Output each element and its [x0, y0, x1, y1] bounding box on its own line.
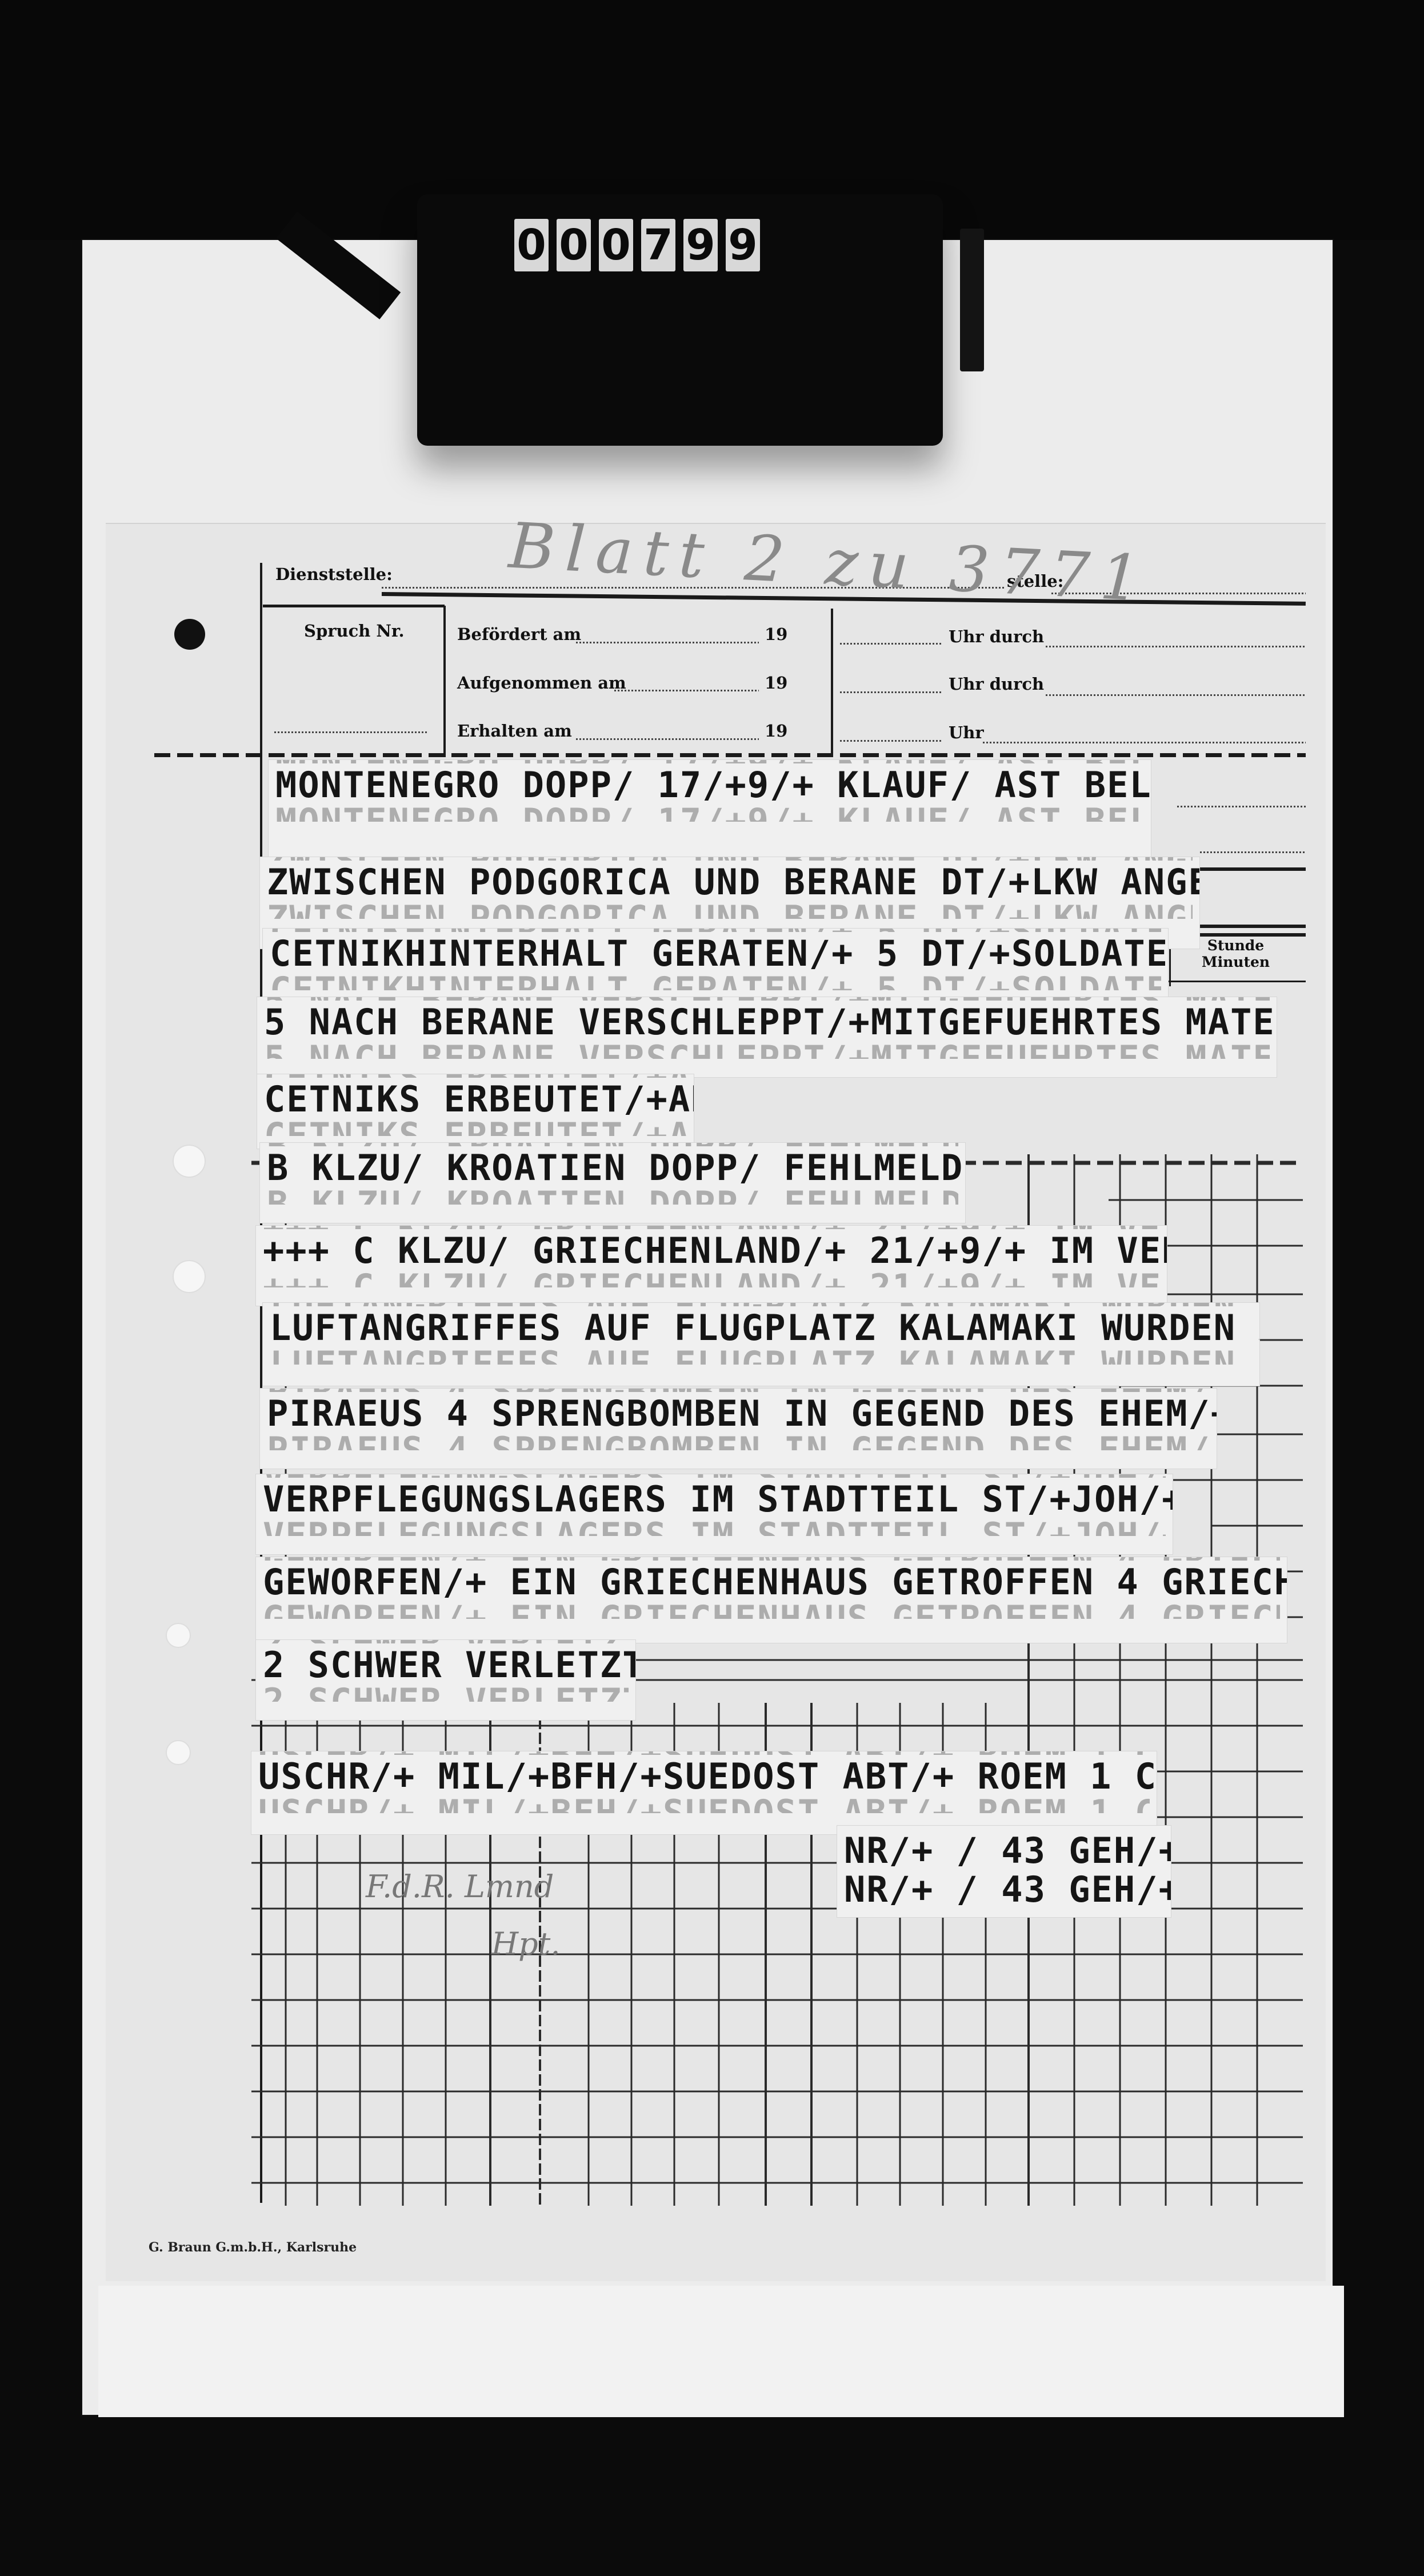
spruch-box-top — [263, 605, 445, 607]
strip-text: LUFTANGRIFFES AUF FLUGPLATZ KALAMAKI WUR… — [270, 1307, 1259, 1349]
strip-ghost-text: USCHR/+ MIL/+BFH/+SUEDOST ABT/+ ROEM 1 C… — [258, 1796, 1150, 1813]
spruch-nr-label: Spruch Nr. — [304, 621, 405, 641]
strip-text: GEWORFEN/+ EIN GRIECHENHAUS GETROFFEN 4 … — [263, 1561, 1287, 1603]
strip-ghost-text: 5 NACH BERANE VERSCHLEPPT/+MITGEFUEHRTES… — [264, 997, 1270, 1001]
spruch-box-right — [443, 606, 446, 757]
strip-ghost-text: GEWORFEN/+ EIN GRIECHENHAUS GETROFFEN 4 … — [263, 1602, 1280, 1619]
aufgenommen-durch-field — [1046, 694, 1306, 696]
time-column-divider — [831, 609, 833, 757]
strip-ghost-text: ZWISCHEN PODGORICA UND BERANE DT/+LKW AN… — [267, 902, 1193, 919]
message-strip: 5 NACH BERANE VERSCHLEPPT/+MITGEFUEHRTES… — [257, 997, 1277, 1077]
counter-digit: 9 — [683, 219, 718, 271]
counter-digit: 0 — [557, 219, 591, 271]
counter-digit: 7 — [641, 219, 675, 271]
message-strip: USCHR/+ MIL/+BFH/+SUEDOST ABT/+ ROEM 1 C… — [251, 1751, 1157, 1834]
strip-text: VERPFLEGUNGSLAGERS IM STADTTEIL ST/+JOH/… — [263, 1478, 1173, 1520]
strip-ghost-text: USCHR/+ MIL/+BFH/+SUEDOST ABT/+ ROEM 1 C… — [258, 1751, 1150, 1755]
signature-line-1: F.d.R. Lmnd — [366, 1869, 554, 1905]
printer-imprint: G. Braun G.m.b.H., Karlsruhe — [149, 2240, 357, 2255]
signature-line-2: Hpt. — [491, 1926, 561, 1962]
backing-sheet-bottom — [98, 2286, 1344, 2417]
befoerdert-time-field — [840, 643, 943, 645]
aufgenommen-field — [614, 690, 759, 691]
side-rule — [1197, 867, 1306, 871]
counter-digits: 0 0 0 7 9 9 — [514, 219, 760, 276]
punch-hole — [173, 1145, 206, 1178]
strip-ghost-text: MONTENEGRO DOPP/ 17/+9/+ KLAUF/ AST BELG… — [275, 760, 1144, 763]
befoerdert-uhr-label: Uhr durch — [949, 627, 1044, 646]
strip-ghost-text: +++ C KLZU/ GRIECHENLAND/+ 21/+9/+ IM VE… — [263, 1270, 1160, 1287]
strip-text: 2 SCHWER VERLETZT/+ — [263, 1644, 635, 1686]
erhalten-uhr-label: Uhr — [949, 723, 984, 742]
strip-ghost-text: B KLZU/ KROATIEN DOPP/ FEHLMELDUNG/+ — [267, 1187, 958, 1205]
strip-text: CETNIKHINTERHALT GERATEN/+ 5 DT/+SOLDATE… — [270, 933, 1168, 974]
side-dotted-rule — [1200, 851, 1306, 853]
message-strip: GEWORFEN/+ EIN GRIECHENHAUS GETROFFEN 4 … — [256, 1557, 1287, 1643]
strip-ghost-text: CETNIKHINTERHALT GERATEN/+ 5 DT/+SOLDATE… — [270, 929, 1161, 932]
befoerdert-durch-field — [1046, 646, 1306, 647]
minuten-label: Minuten — [1163, 954, 1309, 970]
strip-ghost-text: ZWISCHEN PODGORICA UND BERANE DT/+LKW AN… — [267, 857, 1193, 861]
counter-knob — [960, 229, 984, 371]
message-strip: CETNIKHINTERHALT GERATEN/+ 5 DT/+SOLDATE… — [263, 929, 1168, 1006]
punch-hole — [174, 619, 205, 650]
strip-ghost-text: PIRAEUS 4 SPRENGBOMBEN IN GEGEND DES EHE… — [267, 1433, 1210, 1450]
strip-text: MONTENEGRO DOPP/ 17/+9/+ KLAUF/ AST BELG… — [275, 764, 1151, 806]
punch-hole — [166, 1740, 191, 1765]
strip-ghost-text: MONTENEGRO DOPP/ 17/+9/+ KLAUF/ AST BELG… — [275, 805, 1144, 822]
aufgenommen-label: Aufgenommen am — [457, 673, 626, 693]
aufgenommen-uhr-label: Uhr durch — [949, 674, 1044, 694]
strip-ghost-text: +++ C KLZU/ GRIECHENLAND/+ 21/+9/+ IM VE… — [263, 1226, 1160, 1229]
strip-ghost-text: 5 NACH BERANE VERSCHLEPPT/+MITGEFUEHRTES… — [264, 1042, 1270, 1059]
erhalten-label: Erhalten am — [457, 721, 572, 741]
counter-digit: 0 — [599, 219, 633, 271]
counter-digit: 9 — [726, 219, 760, 271]
counter-digit: 0 — [514, 219, 549, 271]
message-strip: CETNIKS ERBEUTET/+ABS/ CETNIKS ERBEUTET/… — [257, 1074, 694, 1149]
strip-ghost-text: 2 SCHWER VERLETZT/+ — [263, 1640, 629, 1643]
erhalten-time-field — [840, 740, 943, 742]
befoerdert-field — [576, 642, 759, 643]
strip-ghost-text: GEWORFEN/+ EIN GRIECHENHAUS GETROFFEN 4 … — [263, 1557, 1280, 1561]
strip-ghost-text: CETNIKHINTERHALT GERATEN/+ 5 DT/+SOLDATE… — [270, 973, 1161, 990]
strip-ghost-text: VERPFLEGUNGSLAGERS IM STADTTEIL ST/+JOH/… — [263, 1519, 1166, 1536]
erhalten-uhr-field — [983, 742, 1306, 743]
message-strip: NR/+ / 43 GEH/++ NR/+ / 43 GEH/++ — [837, 1826, 1171, 1917]
strip-text: NR/+ / 43 GEH/++ — [844, 1830, 1171, 1871]
message-strip: B KLZU/ KROATIEN DOPP/ FEHLMELDUNG/+ B K… — [260, 1143, 965, 1223]
message-strip: MONTENEGRO DOPP/ 17/+9/+ KLAUF/ AST BELG… — [269, 760, 1151, 860]
strip-ghost-text: LUFTANGRIFFES AUF FLUGPLATZ KALAMAKI WUR… — [270, 1303, 1253, 1306]
erhalten-field — [576, 738, 759, 740]
strip-text: USCHR/+ MIL/+BFH/+SUEDOST ABT/+ ROEM 1 C… — [258, 1755, 1157, 1797]
strip-text: +++ C KLZU/ GRIECHENLAND/+ 21/+9/+ IM VE… — [263, 1230, 1167, 1271]
befoerdert-year: 19 — [765, 625, 787, 644]
strip-ghost-text: PIRAEUS 4 SPRENGBOMBEN IN GEGEND DES EHE… — [267, 1389, 1210, 1392]
strip-ghost-text: CETNIKS ERBEUTET/+ABS/ — [264, 1074, 687, 1078]
side-dotted-rule — [1177, 806, 1306, 807]
strip-text: ZWISCHEN PODGORICA UND BERANE DT/+LKW AN… — [267, 861, 1199, 903]
punch-hole — [166, 1623, 191, 1648]
spruch-nr-field — [274, 731, 429, 733]
befoerdert-label: Befördert am — [457, 625, 581, 644]
punch-hole — [173, 1260, 206, 1293]
message-strip: VERPFLEGUNGSLAGERS IM STADTTEIL ST/+JOH/… — [256, 1474, 1173, 1554]
strip-ghost-text: LUFTANGRIFFES AUF FLUGPLATZ KALAMAKI WUR… — [270, 1347, 1253, 1365]
strip-text: B KLZU/ KROATIEN DOPP/ FEHLMELDUNG/+ — [267, 1147, 965, 1189]
message-strip: 2 SCHWER VERLETZT/+ 2 SCHWER VERLETZT/+ … — [256, 1640, 635, 1720]
strip-ghost-text: B KLZU/ KROATIEN DOPP/ FEHLMELDUNG/+ — [267, 1143, 958, 1146]
message-strip: PIRAEUS 4 SPRENGBOMBEN IN GEGEND DES EHE… — [260, 1389, 1217, 1469]
strip-text: 5 NACH BERANE VERSCHLEPPT/+MITGEFUEHRTES… — [264, 1001, 1277, 1043]
strip-text: CETNIKS ERBEUTET/+ABS/ — [264, 1078, 694, 1120]
dienststelle-label: Dienststelle: — [275, 565, 393, 584]
strip-text: PIRAEUS 4 SPRENGBOMBEN IN GEGEND DES EHE… — [267, 1393, 1217, 1434]
strip-ghost-text: CETNIKS ERBEUTET/+ABS/ — [264, 1119, 687, 1136]
strip-ghost-text: VERPFLEGUNGSLAGERS IM STADTTEIL ST/+JOH/… — [263, 1474, 1166, 1478]
strip-text: NR/+ / 43 GEH/++ — [844, 1870, 1164, 1909]
erhalten-year: 19 — [765, 721, 787, 741]
message-strip: LUFTANGRIFFES AUF FLUGPLATZ KALAMAKI WUR… — [263, 1303, 1259, 1386]
strip-ghost-text: 2 SCHWER VERLETZT/+ — [263, 1685, 629, 1702]
tear-line — [154, 753, 1306, 757]
aufgenommen-year: 19 — [765, 673, 787, 693]
aufgenommen-time-field — [840, 691, 943, 693]
message-strip: +++ C KLZU/ GRIECHENLAND/+ 21/+9/+ IM VE… — [256, 1226, 1167, 1306]
